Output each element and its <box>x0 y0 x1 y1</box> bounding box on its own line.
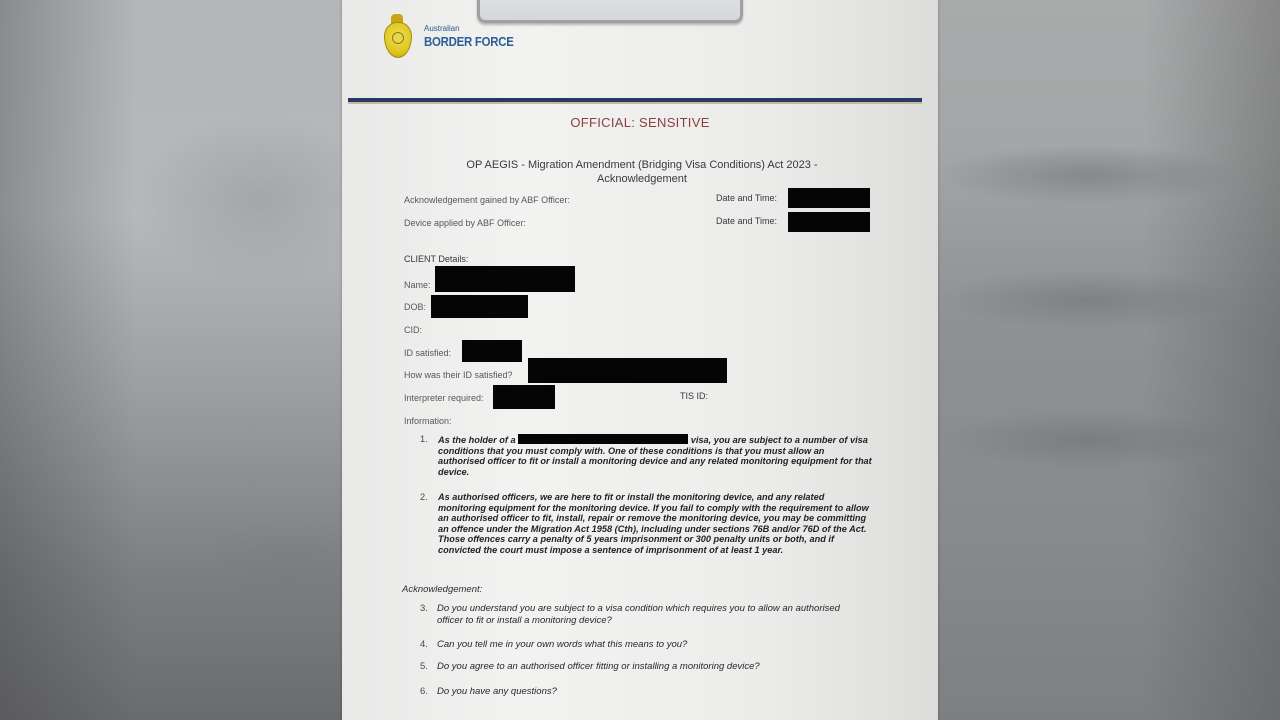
tis-id-label: TIS ID: <box>680 391 708 401</box>
abf-logo: Australian BORDER FORCE <box>382 14 526 58</box>
dob-label: DOB: <box>404 302 426 312</box>
name-label: Name: <box>404 280 431 290</box>
redacted-id-satisfied <box>462 340 522 362</box>
cid-label: CID: <box>404 325 422 335</box>
redacted-name <box>435 266 575 292</box>
client-details-heading: CLIENT Details: <box>404 254 468 264</box>
title-line-2: Acknowledgement <box>382 172 902 186</box>
document-page: Australian BORDER FORCE OFFICIAL: SENSIT… <box>342 0 938 720</box>
header-rule <box>348 98 922 104</box>
date-time-label-1: Date and Time: <box>716 193 777 203</box>
blurred-background-right <box>938 0 1280 720</box>
redacted-visa-type <box>518 434 688 444</box>
how-id-satisfied-label: How was their ID satisfied? <box>404 370 513 380</box>
logo-subtitle: Australian <box>424 25 526 33</box>
redacted-date-time-1 <box>788 188 870 208</box>
redacted-how-id-satisfied <box>528 358 727 383</box>
redacted-dob <box>431 295 528 318</box>
interpreter-required-label: Interpreter required: <box>404 393 484 403</box>
redacted-date-time-2 <box>788 212 870 232</box>
blurred-background-left <box>0 0 342 720</box>
classification-label: OFFICIAL: SENSITIVE <box>342 115 938 130</box>
information-label: Information: <box>404 416 452 426</box>
crest-icon <box>382 14 412 58</box>
title-line-1: OP AEGIS - Migration Amendment (Bridging… <box>382 158 902 172</box>
device-officer-label: Device applied by ABF Officer: <box>404 218 526 228</box>
acknowledgement-officer-label: Acknowledgement gained by ABF Officer: <box>404 195 570 205</box>
id-satisfied-label: ID satisfied: <box>404 348 451 358</box>
redacted-interpreter <box>493 385 555 409</box>
logo-title: BORDER FORCE <box>424 35 514 48</box>
date-time-label-2: Date and Time: <box>716 216 777 226</box>
acknowledgement-heading: Acknowledgement: <box>402 584 482 595</box>
document-title: OP AEGIS - Migration Amendment (Bridging… <box>382 158 902 186</box>
